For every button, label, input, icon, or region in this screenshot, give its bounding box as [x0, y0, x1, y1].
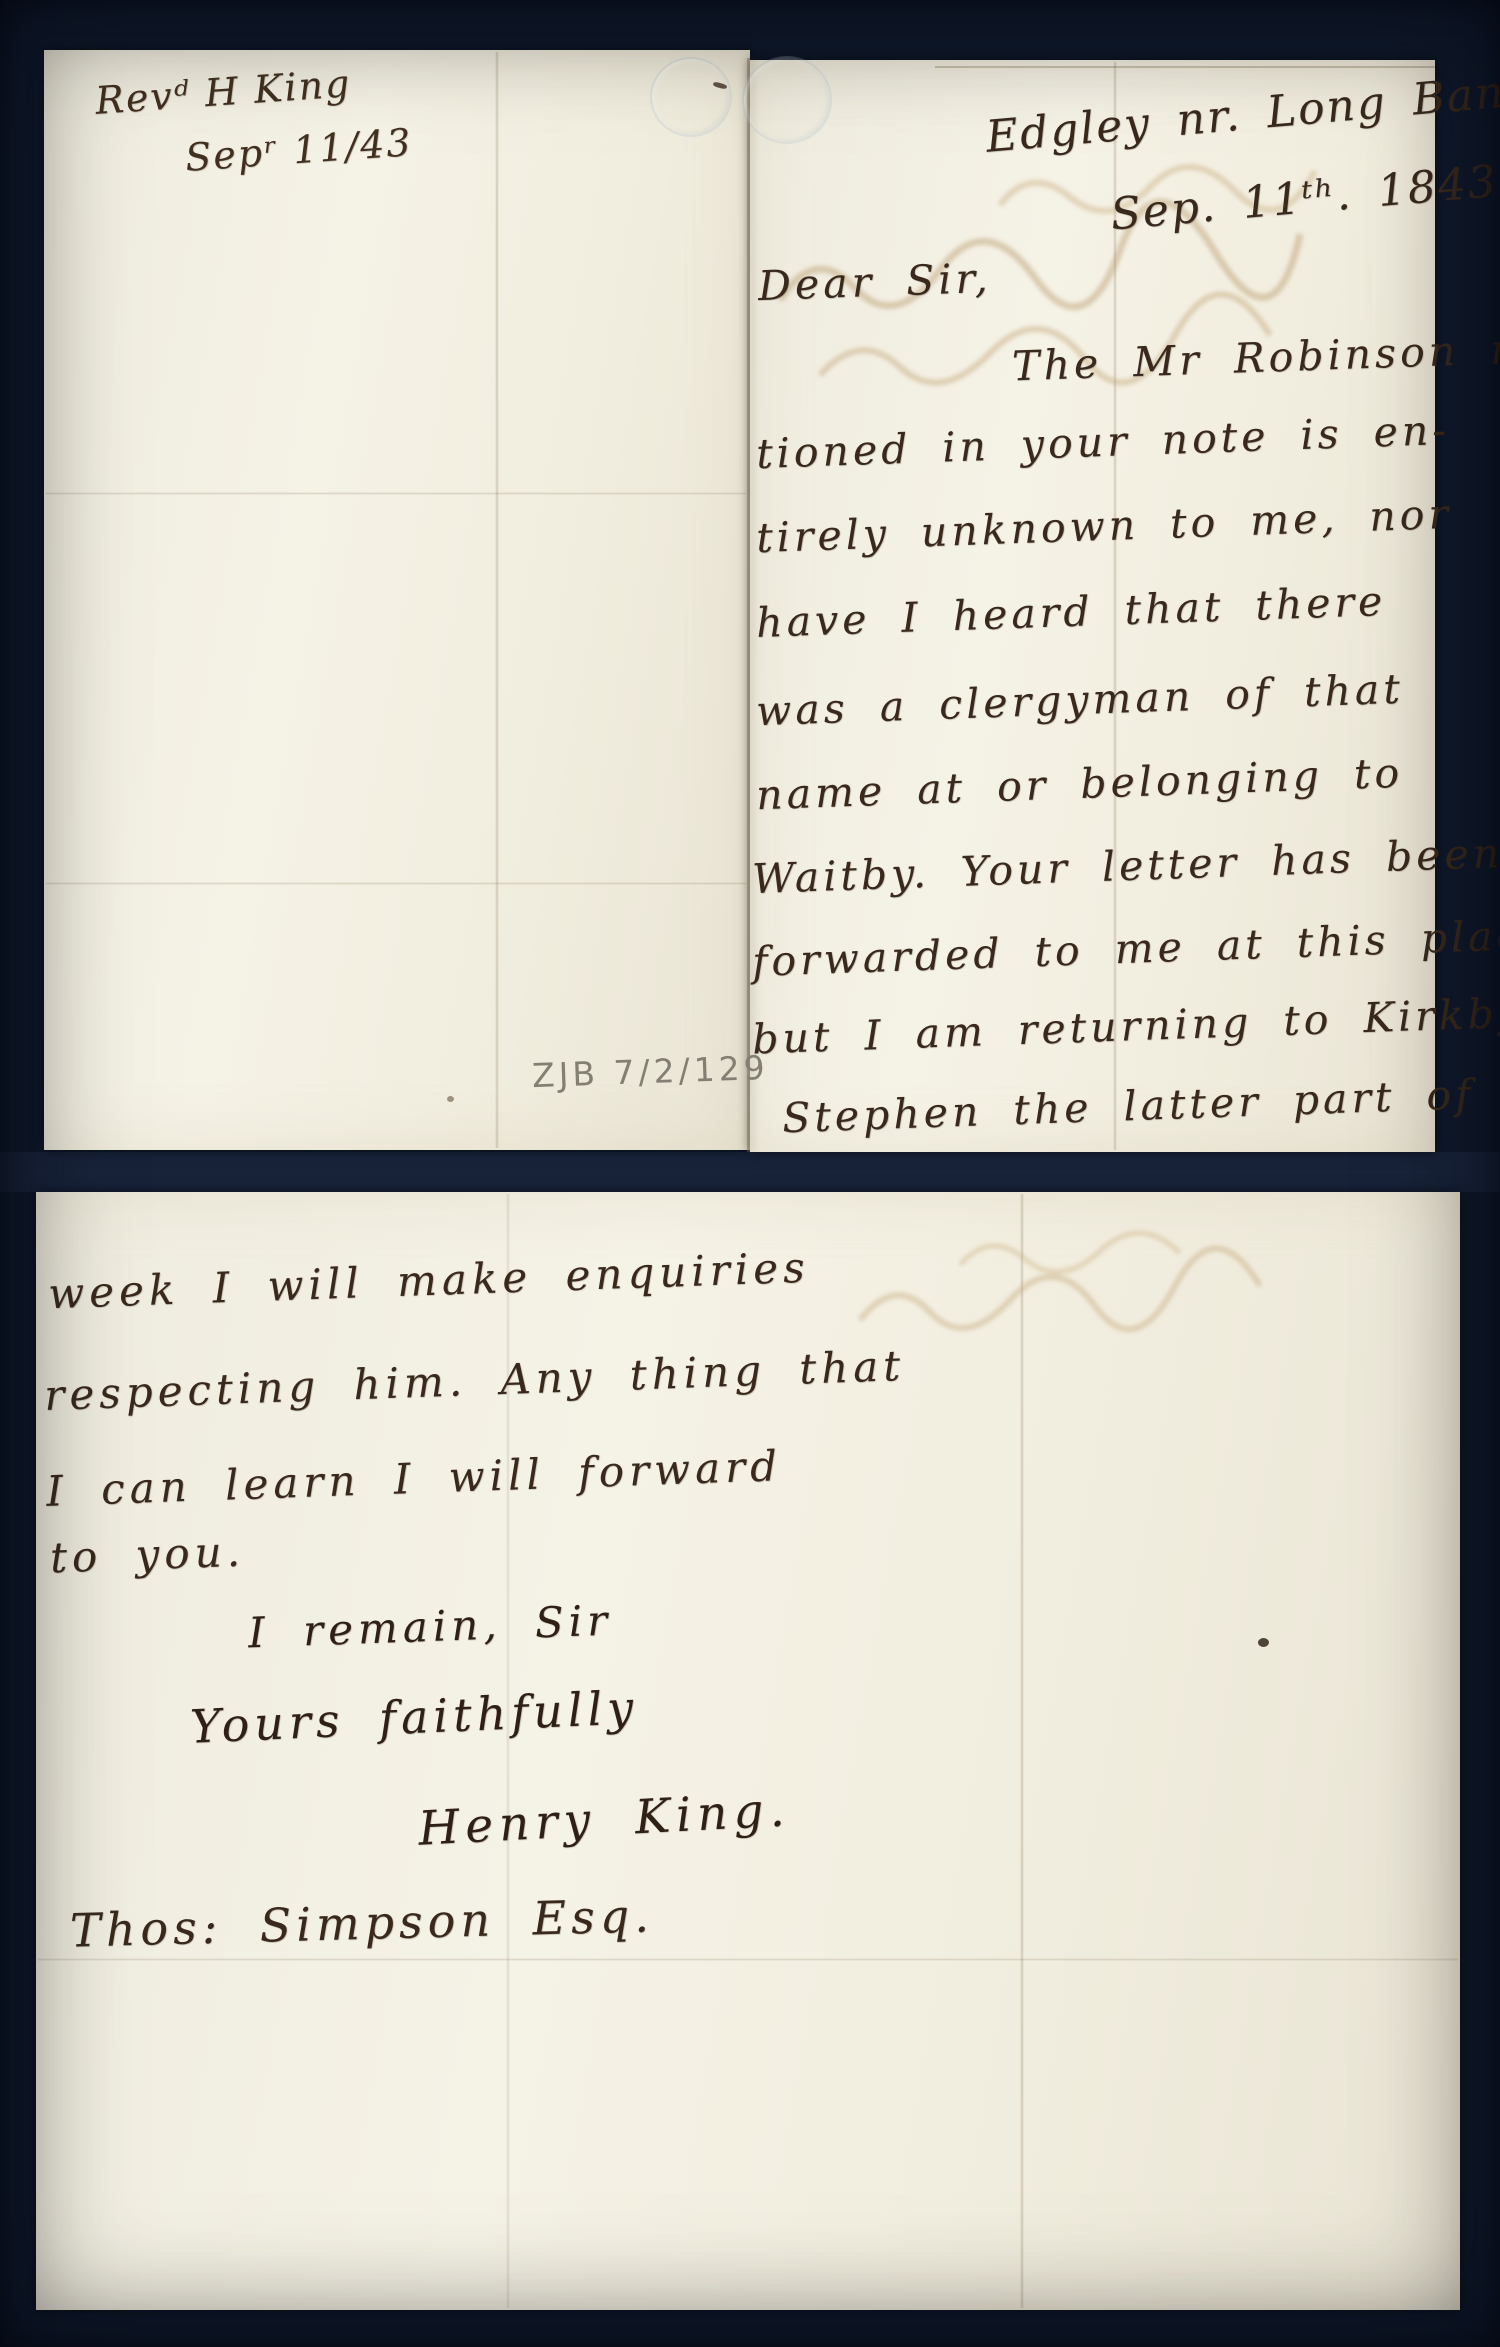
crease-line	[495, 52, 499, 1148]
embossed-stamp	[650, 57, 732, 137]
ink-speck	[447, 1096, 454, 1102]
archive-reference: ZJB 7/2/129	[531, 1048, 769, 1095]
ink-speck	[1258, 1638, 1269, 1647]
crease-line	[46, 882, 746, 885]
ink-showthrough	[840, 1210, 1440, 1390]
background-gap-band	[0, 1152, 1500, 1192]
crease-line	[38, 1958, 1458, 1961]
page-fold-edge	[747, 58, 750, 1152]
salutation: Dear Sir,	[757, 254, 992, 310]
scan-top-left-page	[44, 50, 750, 1150]
letter-scan-page: { "palette": { "background": "#101a2c", …	[0, 0, 1500, 2347]
right-sheet-top-edge	[935, 66, 1435, 68]
crease-line	[46, 492, 746, 495]
letter-line: to you.	[49, 1527, 246, 1583]
